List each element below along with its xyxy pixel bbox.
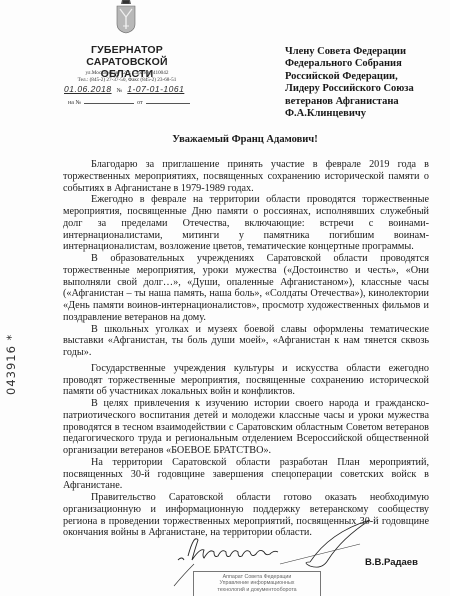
letterhead-address: ул.Московская, 72, г. Саратов, 410042 Те… — [62, 70, 192, 84]
ref-label: на № — [68, 100, 81, 106]
signer-name: В.В.Радаев — [365, 557, 418, 568]
body-paragraph: Ежегодно в феврале на территории области… — [63, 194, 429, 253]
body-paragraph: Государственные учреждения культуры и ис… — [63, 363, 429, 398]
addressee-line: Федерального Собрания — [285, 58, 445, 70]
letter-page: ГУБЕРНАТОР САРАТОВСКОЙ ОБЛАСТИ ул.Москов… — [0, 0, 450, 596]
body-paragraph: На территории Саратовской области разраб… — [63, 457, 429, 492]
addressee-line: Ф.А.Клинцевичу — [285, 108, 445, 120]
body-paragraph: Благодарю за приглашение принять участие… — [63, 159, 429, 194]
governor-title-line1: ГУБЕРНАТОР — [62, 44, 192, 56]
phone-fax: Тел.: (845-2) 27-37-50, Факс (845-2) 23-… — [62, 77, 192, 84]
receipt-stamp: Аппарат Совета Федерации Управление инфо… — [193, 571, 321, 596]
registration-line: 01.06.2018 № 1-07-01-1061 — [64, 84, 194, 94]
coat-of-arms-icon — [115, 0, 137, 34]
incoming-stamp-number: 043916 * — [4, 334, 18, 395]
addressee-line: ветеранов Афганистана — [285, 96, 445, 108]
addressee-line: Члену Совета Федерации — [285, 46, 445, 58]
letter-date: 01.06.2018 — [64, 84, 112, 94]
body-paragraph: В образовательных учреждениях Саратовско… — [63, 253, 429, 324]
ref-date-blank — [146, 98, 190, 104]
letter-number: 1-07-01-1061 — [127, 84, 184, 94]
addressee-line: Российской Федерации, — [285, 71, 445, 83]
reference-line: на №от — [68, 98, 198, 106]
stamp-line: технологий и документооборота — [194, 587, 320, 593]
ref-from-label: от — [137, 100, 143, 106]
letter-body: Благодарю за приглашение принять участие… — [63, 155, 429, 539]
body-paragraph: В целях привлечения к изучению истории с… — [63, 398, 429, 457]
body-paragraph: В школьных уголках и музеях боевой славы… — [63, 324, 429, 359]
addressee-block: Члену Совета Федерации Федерального Собр… — [285, 46, 445, 120]
street-address: ул.Московская, 72, г. Саратов, 410042 — [62, 70, 192, 77]
addressee-line: Лидеру Российского Союза — [285, 83, 445, 95]
salutation: Уважаемый Франц Адамович! — [0, 134, 450, 145]
number-label: № — [117, 88, 123, 94]
ref-number-blank — [84, 98, 134, 104]
